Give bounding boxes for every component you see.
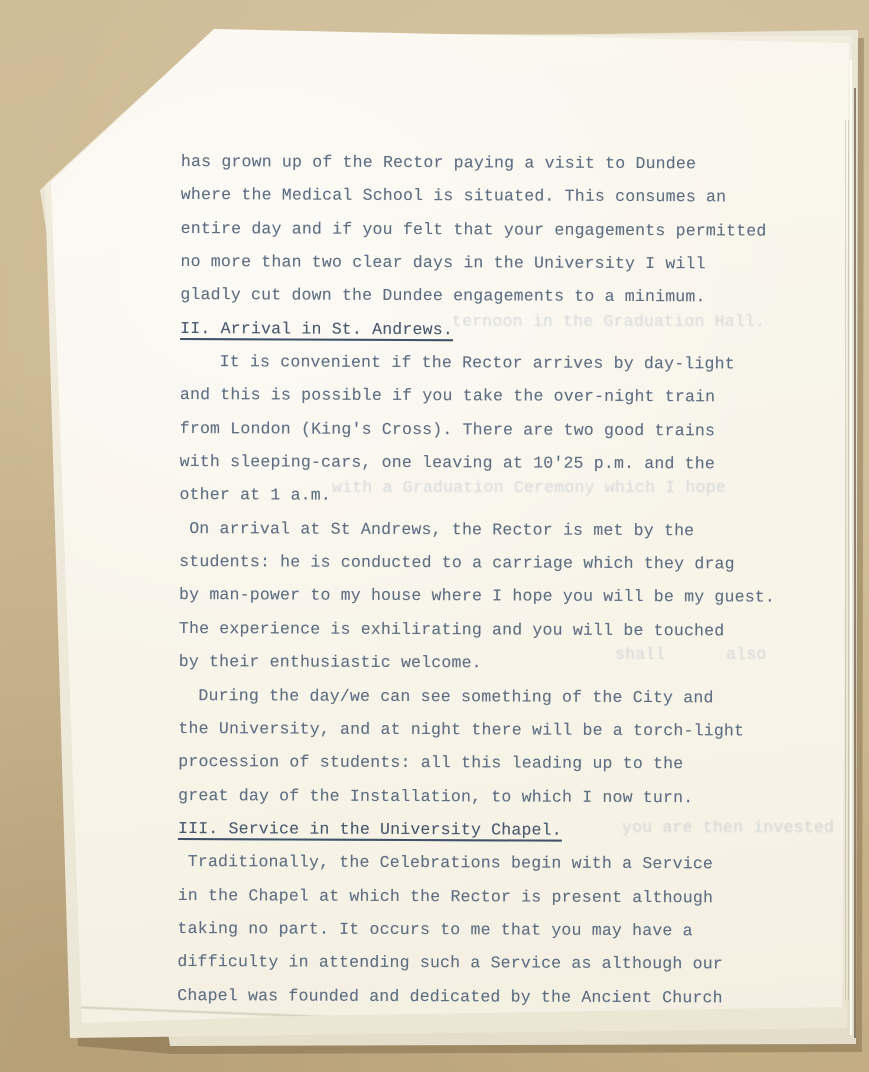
typed-line: has grown up of the Rector paying a visi… — [181, 145, 821, 181]
typed-line: great day of the Installation, to which … — [178, 779, 818, 815]
typed-line: entire day and if you felt that your eng… — [181, 212, 821, 248]
typed-line: the University, and at night there will … — [178, 712, 818, 748]
bleedthrough-text: with a Graduation Ceremony which I hope — [332, 478, 726, 497]
sheet-edge-line — [845, 120, 846, 1000]
typed-line: On arrival at St Andrews, the Rector is … — [179, 512, 819, 548]
typed-line: procession of students: all this leading… — [178, 745, 818, 781]
typed-line: no more than two clear days in the Unive… — [180, 245, 820, 281]
typed-line: and this is possible if you take the ove… — [180, 378, 820, 414]
typed-line: taking no part. It occurs to me that you… — [178, 912, 818, 948]
typed-line: It is convenient if the Rector arrives b… — [180, 345, 820, 381]
typed-line: difficulty in attending such a Service a… — [177, 945, 817, 981]
typed-line: where the Medical School is situated. Th… — [181, 178, 821, 214]
stack-edge-shadow — [854, 88, 856, 1038]
typed-line: by man-power to my house where I hope yo… — [179, 578, 819, 614]
sheet-edge-highlight — [850, 60, 852, 1035]
bleedthrough-text: shall also — [615, 645, 767, 664]
bleedthrough-text: ternoon in the Graduation Hall. — [452, 312, 765, 331]
bleedthrough-text: you are then invested — [622, 818, 834, 837]
sheet-edge-line — [848, 120, 849, 1000]
section-heading-text: III. Service in the University Chapel. — [178, 819, 562, 840]
document-page: has grown up of the Rector paying a visi… — [0, 0, 869, 1072]
typed-line: students: he is conducted to a carriage … — [179, 545, 819, 581]
typed-line: in the Chapel at which the Rector is pre… — [178, 879, 818, 915]
typed-line: gladly cut down the Dundee engagements t… — [180, 278, 820, 314]
typed-line: Traditionally, the Celebrations begin wi… — [178, 845, 818, 881]
scan-background: has grown up of the Rector paying a visi… — [0, 0, 869, 1072]
typed-line: During the day/we can see something of t… — [179, 678, 819, 714]
typed-line: with sleeping-cars, one leaving at 10'25… — [180, 445, 820, 481]
typed-text-block: has grown up of the Rector paying a visi… — [177, 145, 821, 1015]
section-heading-text: II. Arrival in St. Andrews. — [180, 319, 453, 339]
typed-line: The experience is exhilirating and you w… — [179, 612, 819, 648]
typed-line: from London (King's Cross). There are tw… — [180, 412, 820, 448]
